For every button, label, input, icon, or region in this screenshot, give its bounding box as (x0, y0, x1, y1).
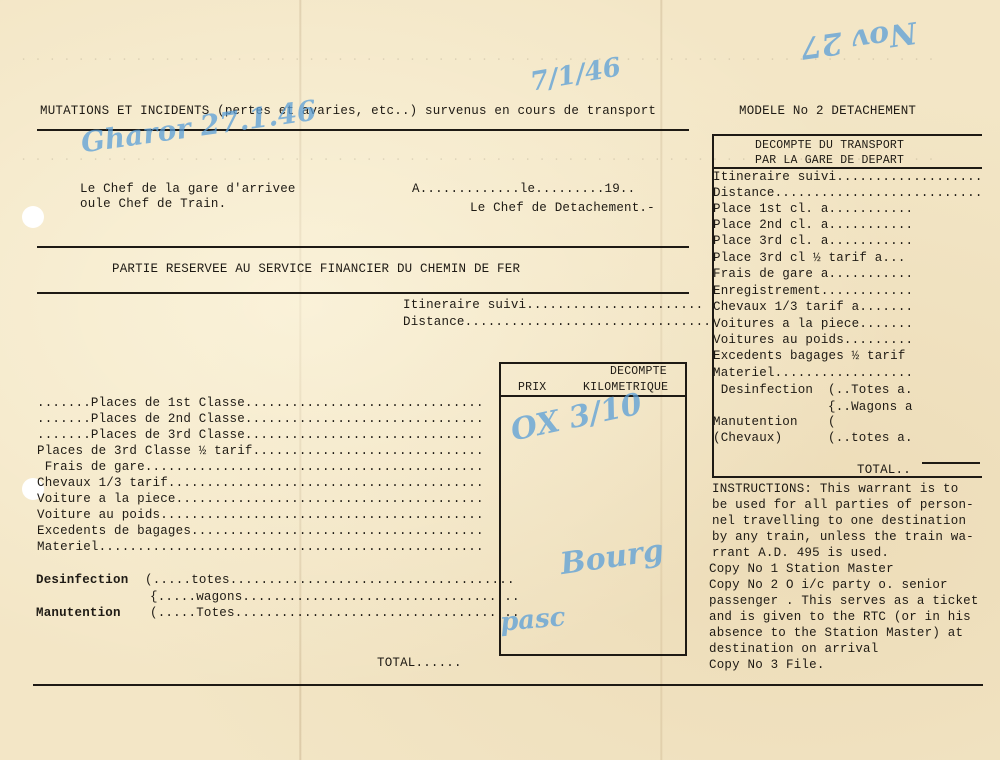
decompte-title-2: PAR LA GARE DE DEPART (755, 153, 904, 168)
decompte-row: Frais de gare a........... (713, 267, 913, 282)
decompte-title-1: DECOMPTE DU TRANSPORT (755, 138, 904, 153)
handwritten-annotation: pasc (499, 602, 567, 638)
brace-row: {.....wagons............................… (150, 590, 520, 605)
instruction-line: by any train, unless the train wa- (712, 530, 974, 545)
decompte-chevaux-opt: (..totes a. (828, 431, 913, 446)
financial-itineraire: Itineraire suivi....................... (403, 298, 703, 313)
decompte-row: Enregistrement............ (713, 284, 913, 299)
decompte-row: Place 2nd cl. a........... (713, 218, 913, 233)
box-bottom-border (712, 476, 982, 478)
instruction-line: INSTRUCTIONS: This warrant is to (712, 482, 958, 497)
decompte-row: Materiel.................. (713, 366, 913, 381)
decompte-desinfection-opt2: {..Wagons a (828, 400, 913, 415)
financial-row: Chevaux 1/3 tarif.......................… (37, 476, 484, 491)
decompte-desinfection: Desinfection (713, 383, 813, 398)
instruction-line: passenger . This serves as a ticket (709, 594, 979, 609)
desinfection-label: Desinfection (36, 573, 128, 588)
decompte-row: Itineraire suivi................... (713, 170, 983, 185)
instruction-line: nel travelling to one destination (712, 514, 966, 529)
instruction-line: Copy No 1 Station Master (709, 562, 894, 577)
financial-total: TOTAL...... (377, 656, 462, 671)
financial-row: Materiel................................… (37, 540, 484, 555)
punch-hole (22, 206, 44, 228)
bottom-divider (33, 684, 983, 686)
decompte-row: Chevaux 1/3 tarif a....... (713, 300, 913, 315)
financial-row: Voiture au poids........................… (37, 508, 484, 523)
financial-row: .......Places de 2nd Classe.............… (37, 412, 484, 427)
show-through-text: . . . . . . . . . . . . . . . . . . . . … (20, 50, 935, 64)
decompte-manutention-brace: ( (828, 415, 836, 430)
table-border-right (685, 362, 687, 656)
chef-gare-arrivee: Le Chef de la gare d'arrivee (80, 182, 296, 197)
instruction-line: absence to the Station Master) at (709, 626, 963, 641)
decompte-manutention: Manutention (713, 415, 798, 430)
brace-row: (.....totes.............................… (145, 573, 515, 588)
financial-row: .......Places de 1st Classe.............… (37, 396, 484, 411)
total-line (922, 462, 980, 464)
decompte-row: Place 3rd cl. a........... (713, 234, 913, 249)
financial-section-title: PARTIE RESERVEE AU SERVICE FINANCIER DU … (112, 262, 520, 277)
divider (37, 246, 689, 248)
box-title-divider (712, 167, 982, 169)
instruction-line: and is given to the RTC (or in his (709, 610, 971, 625)
financial-row: .......Places de 3rd Classe.............… (37, 428, 484, 443)
table-border-bottom (499, 654, 687, 656)
instruction-line: be used for all parties of person- (712, 498, 974, 513)
financial-distance: Distance................................ (403, 315, 711, 330)
manutention-label: Manutention (36, 606, 121, 621)
box-top-border (712, 134, 982, 136)
decompte-row: Place 1st cl. a........... (713, 202, 913, 217)
date-line: A.............le.........19.. (412, 182, 635, 197)
prix-header: PRIX (518, 380, 546, 395)
decompte-header-1: DECOMPTE (610, 364, 667, 379)
financial-row: Frais de gare...........................… (37, 460, 484, 475)
chef-de-train: oule Chef de Train. (80, 197, 226, 212)
financial-row: Voiture a la piece......................… (37, 492, 484, 507)
instruction-line: Copy No 2 O i/c party o. senior (709, 578, 948, 593)
decompte-row: Voitures au poids......... (713, 333, 913, 348)
decompte-row: Voitures a la piece....... (713, 317, 913, 332)
decompte-row: Excedents bagages ½ tarif (713, 349, 906, 364)
instruction-line: destination on arrival (709, 642, 878, 657)
modele-label: MODELE No 2 DETACHEMENT (739, 104, 916, 119)
handwritten-annotation: Bourg (558, 533, 666, 582)
instruction-line: rrant A.D. 495 is used. (712, 546, 889, 561)
chef-detachement: Le Chef de Detachement.- (470, 201, 655, 216)
financial-row: Places de 3rd Classe ½ tarif............… (37, 444, 484, 459)
instruction-line: Copy No 3 File. (709, 658, 825, 673)
decompte-row: Place 3rd cl ½ tarif a... (713, 251, 906, 266)
divider (37, 292, 689, 294)
financial-row: Excedents de bagages....................… (37, 524, 484, 539)
brace-row: (.....Totes.............................… (150, 606, 520, 621)
decompte-chevaux: (Chevaux) (713, 431, 782, 446)
mutations-title: MUTATIONS ET INCIDENTS (pertes et avarie… (40, 104, 656, 119)
decompte-row: Distance........................... (713, 186, 983, 201)
decompte-desinfection-opt1: (..Totes a. (828, 383, 913, 398)
